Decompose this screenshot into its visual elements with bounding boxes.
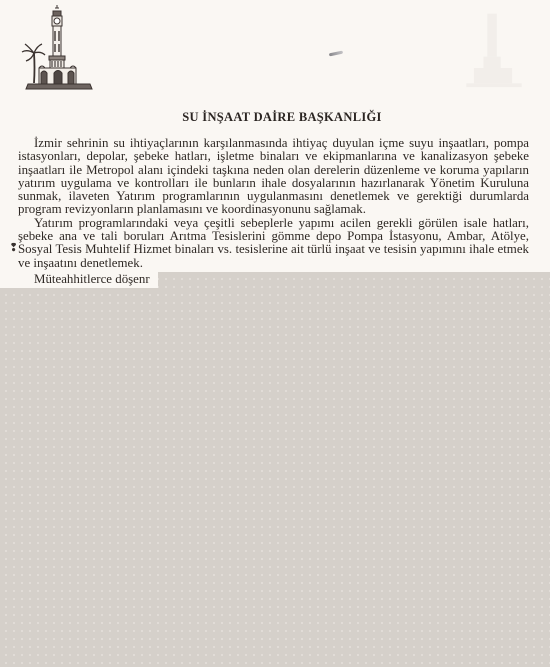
izmir-clock-tower-logo-icon: [20, 3, 98, 91]
scan-smudge: [329, 51, 343, 57]
document-page: SU İNŞAAT DAİRE BAŞKANLIĞI ❢ İzmir sehri…: [0, 0, 550, 272]
clock-tower-watermark-icon: [455, 6, 533, 90]
margin-mark: ❢: [9, 243, 18, 253]
partially-loaded-line: Müteahhitlerce döşenr: [0, 272, 158, 288]
paragraph-1: İzmir sehrinin su ihtiyaçlarının karşıla…: [18, 137, 529, 217]
document-title: SU İNŞAAT DAİRE BAŞKANLIĞI: [7, 110, 550, 125]
paragraph-2: Yatırım programlarındaki veya çeşitli se…: [18, 217, 529, 270]
document-body: İzmir sehrinin su ihtiyaçlarının karşıla…: [18, 137, 529, 270]
truncated-text: Müteahhitlerce döşenr: [34, 272, 150, 287]
